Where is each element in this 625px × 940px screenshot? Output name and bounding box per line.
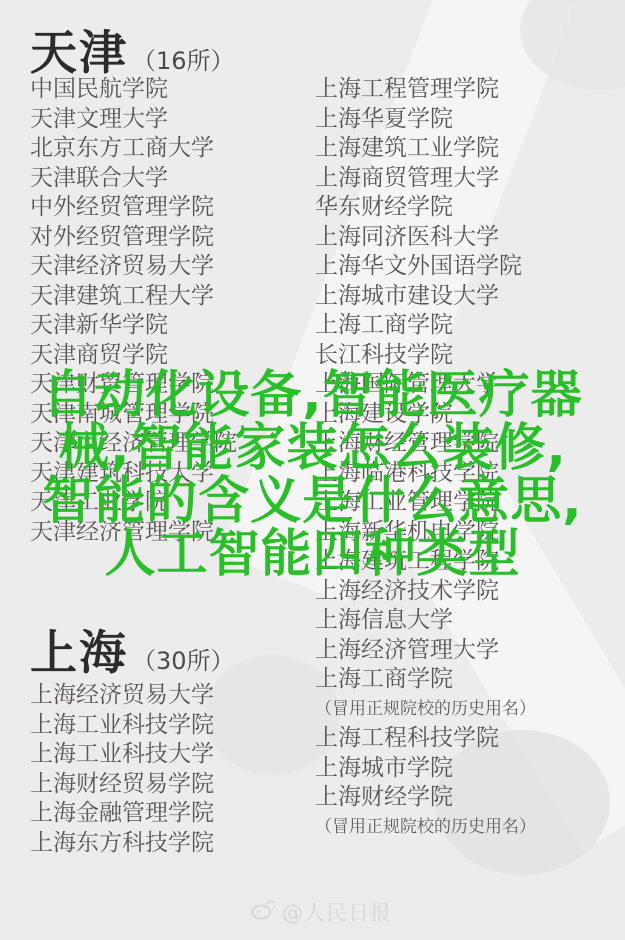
university-item: 上海工程科技学院 [315,724,536,754]
note-line: （冒用正规院校的历史用名） [315,813,536,843]
university-item: 上海经济管理大学 [315,636,536,666]
university-item: 天津文理大学 [30,105,237,135]
university-item: 上海工业科技学院 [30,711,214,741]
university-item: 天津建筑工程大学 [30,282,237,312]
university-item: 中国民航学院 [30,75,237,105]
university-item: 上海同济医科大学 [315,223,536,253]
university-item: 上海城市建设大学 [315,282,536,312]
university-item: 上海工程管理学院 [315,75,536,105]
tianjin-title: 天津 [30,16,128,83]
note-line: （冒用正规院校的历史用名） [315,695,536,725]
university-item: 天津新华学院 [30,311,237,341]
university-item: 上海财经学院 [315,783,536,813]
university-item: 上海工商学院 [315,665,536,695]
university-item: 上海信息大学 [315,606,536,636]
university-item: 中外经贸管理学院 [30,193,237,223]
university-item: 上海财经贸易学院 [30,770,214,800]
university-item: 上海工业科技大学 [30,740,214,770]
university-item: 北京东方工商大学 [30,134,237,164]
university-item: 上海工商学院 [315,311,536,341]
university-item: 上海城市学院 [315,754,536,784]
university-item: 天津经济贸易大学 [30,252,237,282]
tianjin-count: （16所） [132,41,235,76]
seo-overlay-text: 自动化设备,智能医疗器械,智能家装怎么装修,智能的含义是什么意思,人工智能四种类… [0,369,625,581]
watermark-handle: @人民日报 [282,897,392,927]
shanghai-title: 上海 [30,616,128,683]
overlay-text-line: 械,智能家装怎么装修, [0,422,625,475]
university-item: 天津联合大学 [30,164,237,194]
watermark: @人民日报 [250,897,392,927]
university-item: 上海建筑工业学院 [315,134,536,164]
weibo-logo-icon [250,900,276,924]
university-item: 上海东方科技学院 [30,829,214,859]
university-item: 上海经济贸易大学 [30,681,214,711]
university-item: 上海金融管理学院 [30,799,214,829]
university-item: 上海华夏学院 [315,105,536,135]
university-item: 上海商贸管理大学 [315,164,536,194]
overlay-text-line: 自动化设备,智能医疗器 [0,369,625,422]
overlay-text-line: 智能的含义是什么意思, [0,475,625,528]
university-item: 对外经贸管理学院 [30,223,237,253]
shanghai-university-list-left: 上海经济贸易大学上海工业科技学院上海工业科技大学上海财经贸易学院上海金融管理学院… [30,681,214,858]
tianjin-section-header: 天津 （16所） [30,16,235,83]
shanghai-section-header: 上海 （30所） [30,616,235,683]
university-item: 上海华文外国语学院 [315,252,536,282]
shanghai-count: （30所） [132,641,235,676]
university-item: 华东财经学院 [315,193,536,223]
overlay-text-line: 人工智能四种类型 [0,528,625,581]
